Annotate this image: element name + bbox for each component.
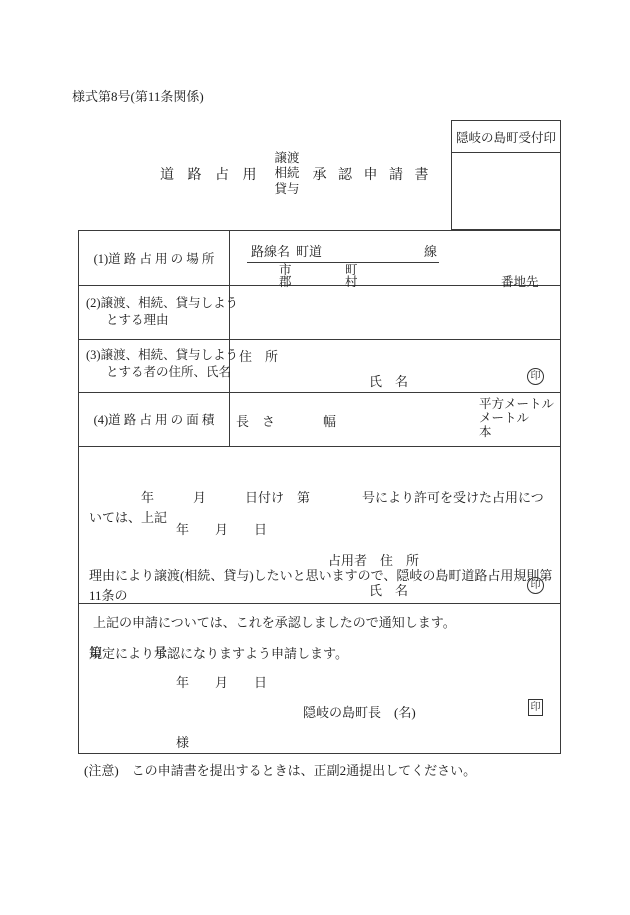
title-option-transfer: 譲渡 <box>275 151 300 167</box>
form-page: 様式第8号(第11条関係) 道 路 占 用 譲渡 相続 貸与 承 認 申 請 書… <box>0 0 630 915</box>
mayor-seal-mark: 印 <box>528 699 543 716</box>
route-underline <box>247 262 439 263</box>
lot-number-label: 番地先 <box>501 272 539 290</box>
row3-name-label: 氏 名 <box>369 371 408 390</box>
unit-count: 本 <box>479 425 554 439</box>
addressee-label: 様 <box>176 732 189 751</box>
mayor-label: 隠岐の島町長 (名) <box>303 702 416 721</box>
title-suffix: 承 認 申 請 書 <box>313 164 433 184</box>
row2-label-line1: (2)譲渡、相続、貸与しよう <box>86 295 238 312</box>
row-divider <box>79 339 560 340</box>
unit-labels: 平方メートル メートル 本 <box>479 397 554 439</box>
occupant-seal-mark: 印 <box>527 577 544 594</box>
row3-label: (3)譲渡、相続、貸与しよう とする者の住所、氏名 <box>86 347 238 381</box>
column-divider <box>229 231 230 446</box>
row3-address-label: 住 所 <box>239 346 278 365</box>
row3-label-line1: (3)譲渡、相続、貸与しよう <box>86 347 238 364</box>
receipt-stamp-label: 隠岐の島町受付印 <box>452 121 560 153</box>
form-table: (1)道 路 占 用 の 場 所 路線名 町道 線 市 町 郡 村 番地先 (2… <box>78 230 561 754</box>
row2-label: (2)譲渡、相続、貸与しよう とする理由 <box>86 295 238 329</box>
county-label: 郡 <box>279 272 292 290</box>
occupant-address-label: 占用者 住 所 <box>328 550 419 569</box>
title-option-loan: 貸与 <box>275 182 300 198</box>
unit-meter: メートル <box>479 411 554 425</box>
title-options: 譲渡 相続 貸与 <box>275 151 300 198</box>
route-name-label: 路線名 <box>251 241 290 260</box>
width-label: 幅 <box>323 411 336 430</box>
application-date-line: 年 月 日 <box>176 519 267 538</box>
approval-number-line: 第 号 <box>89 642 167 661</box>
row-divider <box>79 285 560 286</box>
application-paragraph-line1: 年 月 日付け 第 号により許可を受けた占用については、上記 <box>89 488 556 527</box>
footer-note: (注意) この申請書を提出するときは、正副2通提出してください。 <box>84 760 476 779</box>
approval-date-line: 年 月 日 <box>176 672 267 691</box>
row4-label: (4)道 路 占 用 の 面 積 <box>79 392 229 446</box>
row-divider <box>79 446 560 447</box>
village-label: 村 <box>345 272 358 290</box>
unit-square-meter: 平方メートル <box>479 397 554 411</box>
occupant-name-label: 氏 名 <box>369 580 408 599</box>
form-number: 様式第8号(第11条関係) <box>72 86 204 105</box>
row3-label-line2: とする者の住所、氏名 <box>86 364 238 381</box>
route-suffix-label: 線 <box>424 241 437 260</box>
receipt-stamp-box: 隠岐の島町受付印 <box>451 120 561 230</box>
application-paragraph-line2: 理由により譲渡(相続、貸与)したいと思いますので、隠岐の島町道路占用規則第11条… <box>89 566 556 605</box>
row1-label: (1)道 路 占 用 の 場 所 <box>79 231 229 285</box>
title-prefix: 道 路 占 用 <box>160 164 262 184</box>
applicant-seal-mark: 印 <box>527 368 544 385</box>
application-paragraph: 年 月 日付け 第 号により許可を受けた占用については、上記 理由により譲渡(相… <box>89 449 556 703</box>
title-option-inheritance: 相続 <box>275 166 300 182</box>
row2-label-line2: とする理由 <box>86 312 238 329</box>
approval-notice: 上記の申請については、これを承認しましたので通知します。 <box>93 612 456 631</box>
form-title: 道 路 占 用 譲渡 相続 貸与 承 認 申 請 書 <box>160 148 433 200</box>
route-type-value: 町道 <box>296 241 322 260</box>
length-label: 長 さ <box>236 411 275 430</box>
